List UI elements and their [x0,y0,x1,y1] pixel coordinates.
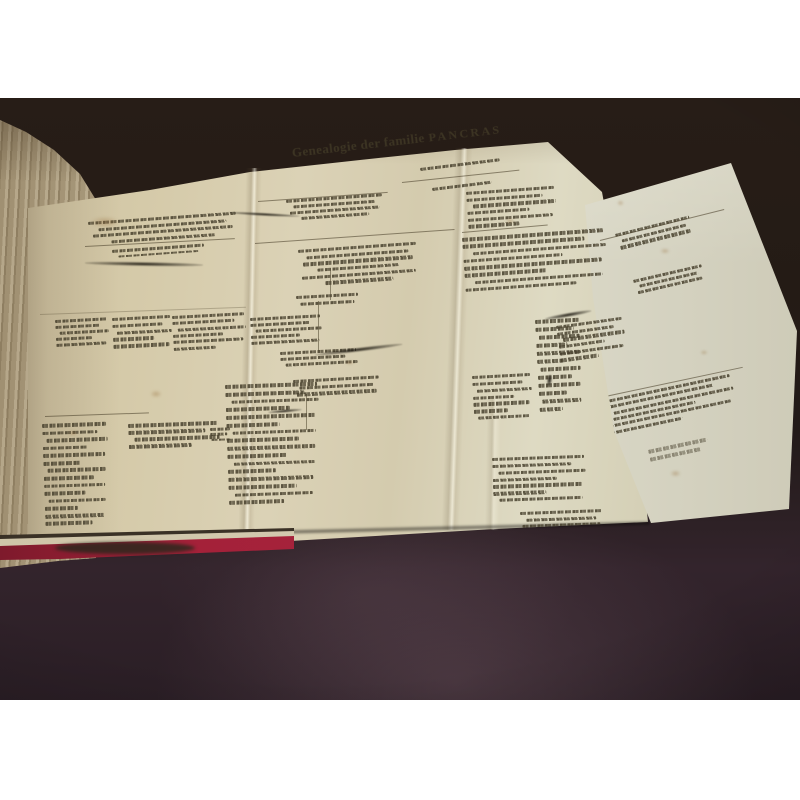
text-line [112,315,170,321]
lineage-connector-line [318,301,319,351]
text-line [113,342,169,348]
text-line [229,483,297,489]
text-line [478,414,530,420]
text-line [493,476,557,482]
text-line [325,277,394,285]
text-line [256,326,322,332]
text-line [473,400,529,406]
text-line [43,452,105,458]
genealogy-text-block [250,314,321,348]
genealogy-text-block [210,427,231,444]
text-line [43,460,80,465]
text-line [45,521,92,526]
text-line [472,373,530,379]
foxing-stain [90,216,120,228]
text-line [235,491,312,498]
text-line [45,506,78,511]
text-line [302,212,369,220]
text-line [210,427,230,430]
text-line [520,509,602,515]
text-line [542,398,581,404]
text-line [173,332,223,338]
text-line [420,158,500,170]
book-photo: Genealogie der familiePANCRAS [0,98,800,700]
text-line [474,408,508,413]
ink-smudge [85,261,203,267]
text-line [561,354,599,363]
text-line [43,445,88,450]
text-line [477,387,532,393]
foxing-stain [670,470,681,477]
text-line [42,422,106,428]
screenshot: Genealogie der familiePANCRAS [0,0,800,800]
genealogy-text-block [296,293,359,309]
text-line [228,469,276,475]
genealogy-text-block [42,422,110,530]
text-line [226,422,279,428]
genealogy-text-block [648,438,710,466]
text-line [500,496,583,502]
text-line [226,413,315,420]
foxing-stain [345,360,354,365]
text-line [467,208,529,216]
text-line [55,324,100,329]
text-line [44,482,106,488]
text-line [234,459,315,466]
text-line [538,374,572,380]
text-line [472,380,522,386]
text-line [117,328,172,334]
genealogy-text-block [472,373,532,424]
text-line [48,467,106,473]
genealogy-text-block [55,317,108,350]
text-line [174,345,216,350]
text-line [55,317,107,323]
cover-smudge [55,542,195,554]
genealogy-text-block [633,264,705,297]
text-line [135,435,220,441]
text-line [56,341,107,347]
genealogy-text-block [420,158,500,173]
text-line [280,355,345,361]
text-line [212,438,231,441]
genealogy-text-block [492,455,586,506]
text-line [229,499,284,505]
text-line [225,390,304,397]
foxing-stain [617,200,624,206]
text-line [526,516,597,522]
text-line [112,322,162,328]
foxing-stain [505,218,515,224]
genealogy-text-block [112,315,172,352]
genealogy-text-block [462,228,608,296]
foxing-stain [68,430,78,436]
text-line [227,444,315,451]
text-line [493,490,546,495]
text-line [44,475,94,481]
lineage-connector-line [306,396,307,430]
chart-rule-line [45,412,149,417]
text-line [473,394,514,400]
text-line [225,382,317,389]
text-line [432,181,492,191]
foxing-stain [660,248,670,254]
text-line [492,455,584,462]
text-line [172,319,234,325]
text-line [493,482,582,489]
text-line [251,338,319,345]
text-line [296,293,358,299]
text-line [301,299,354,305]
text-line [538,382,580,388]
foxing-stain [150,390,162,398]
text-line [251,333,300,339]
genealogy-text-block [172,312,246,354]
text-line [233,428,316,435]
text-line [113,336,154,342]
text-line [227,437,299,443]
text-line [228,475,313,482]
text-line [540,407,563,412]
text-line [250,321,310,327]
text-line [49,497,105,503]
text-line [492,462,571,468]
text-line [539,390,567,395]
text-line [44,491,85,496]
text-line [541,366,581,372]
text-line [47,437,107,443]
text-line [499,468,586,474]
genealogy-text-block [128,421,219,452]
chart-rule-line [255,229,455,244]
text-line [45,513,104,519]
lineage-connector-line [330,268,331,300]
text-line [210,433,227,436]
text-line [173,338,243,345]
text-line [537,359,563,364]
text-line [227,453,286,459]
genealogy-text-block [112,244,205,261]
genealogy-text-block [298,242,419,290]
foxing-stain [700,350,708,355]
text-line [129,443,192,449]
text-line [178,325,246,332]
text-line [128,421,218,428]
text-line [56,336,92,341]
text-line [59,329,108,335]
text-line [128,428,205,434]
